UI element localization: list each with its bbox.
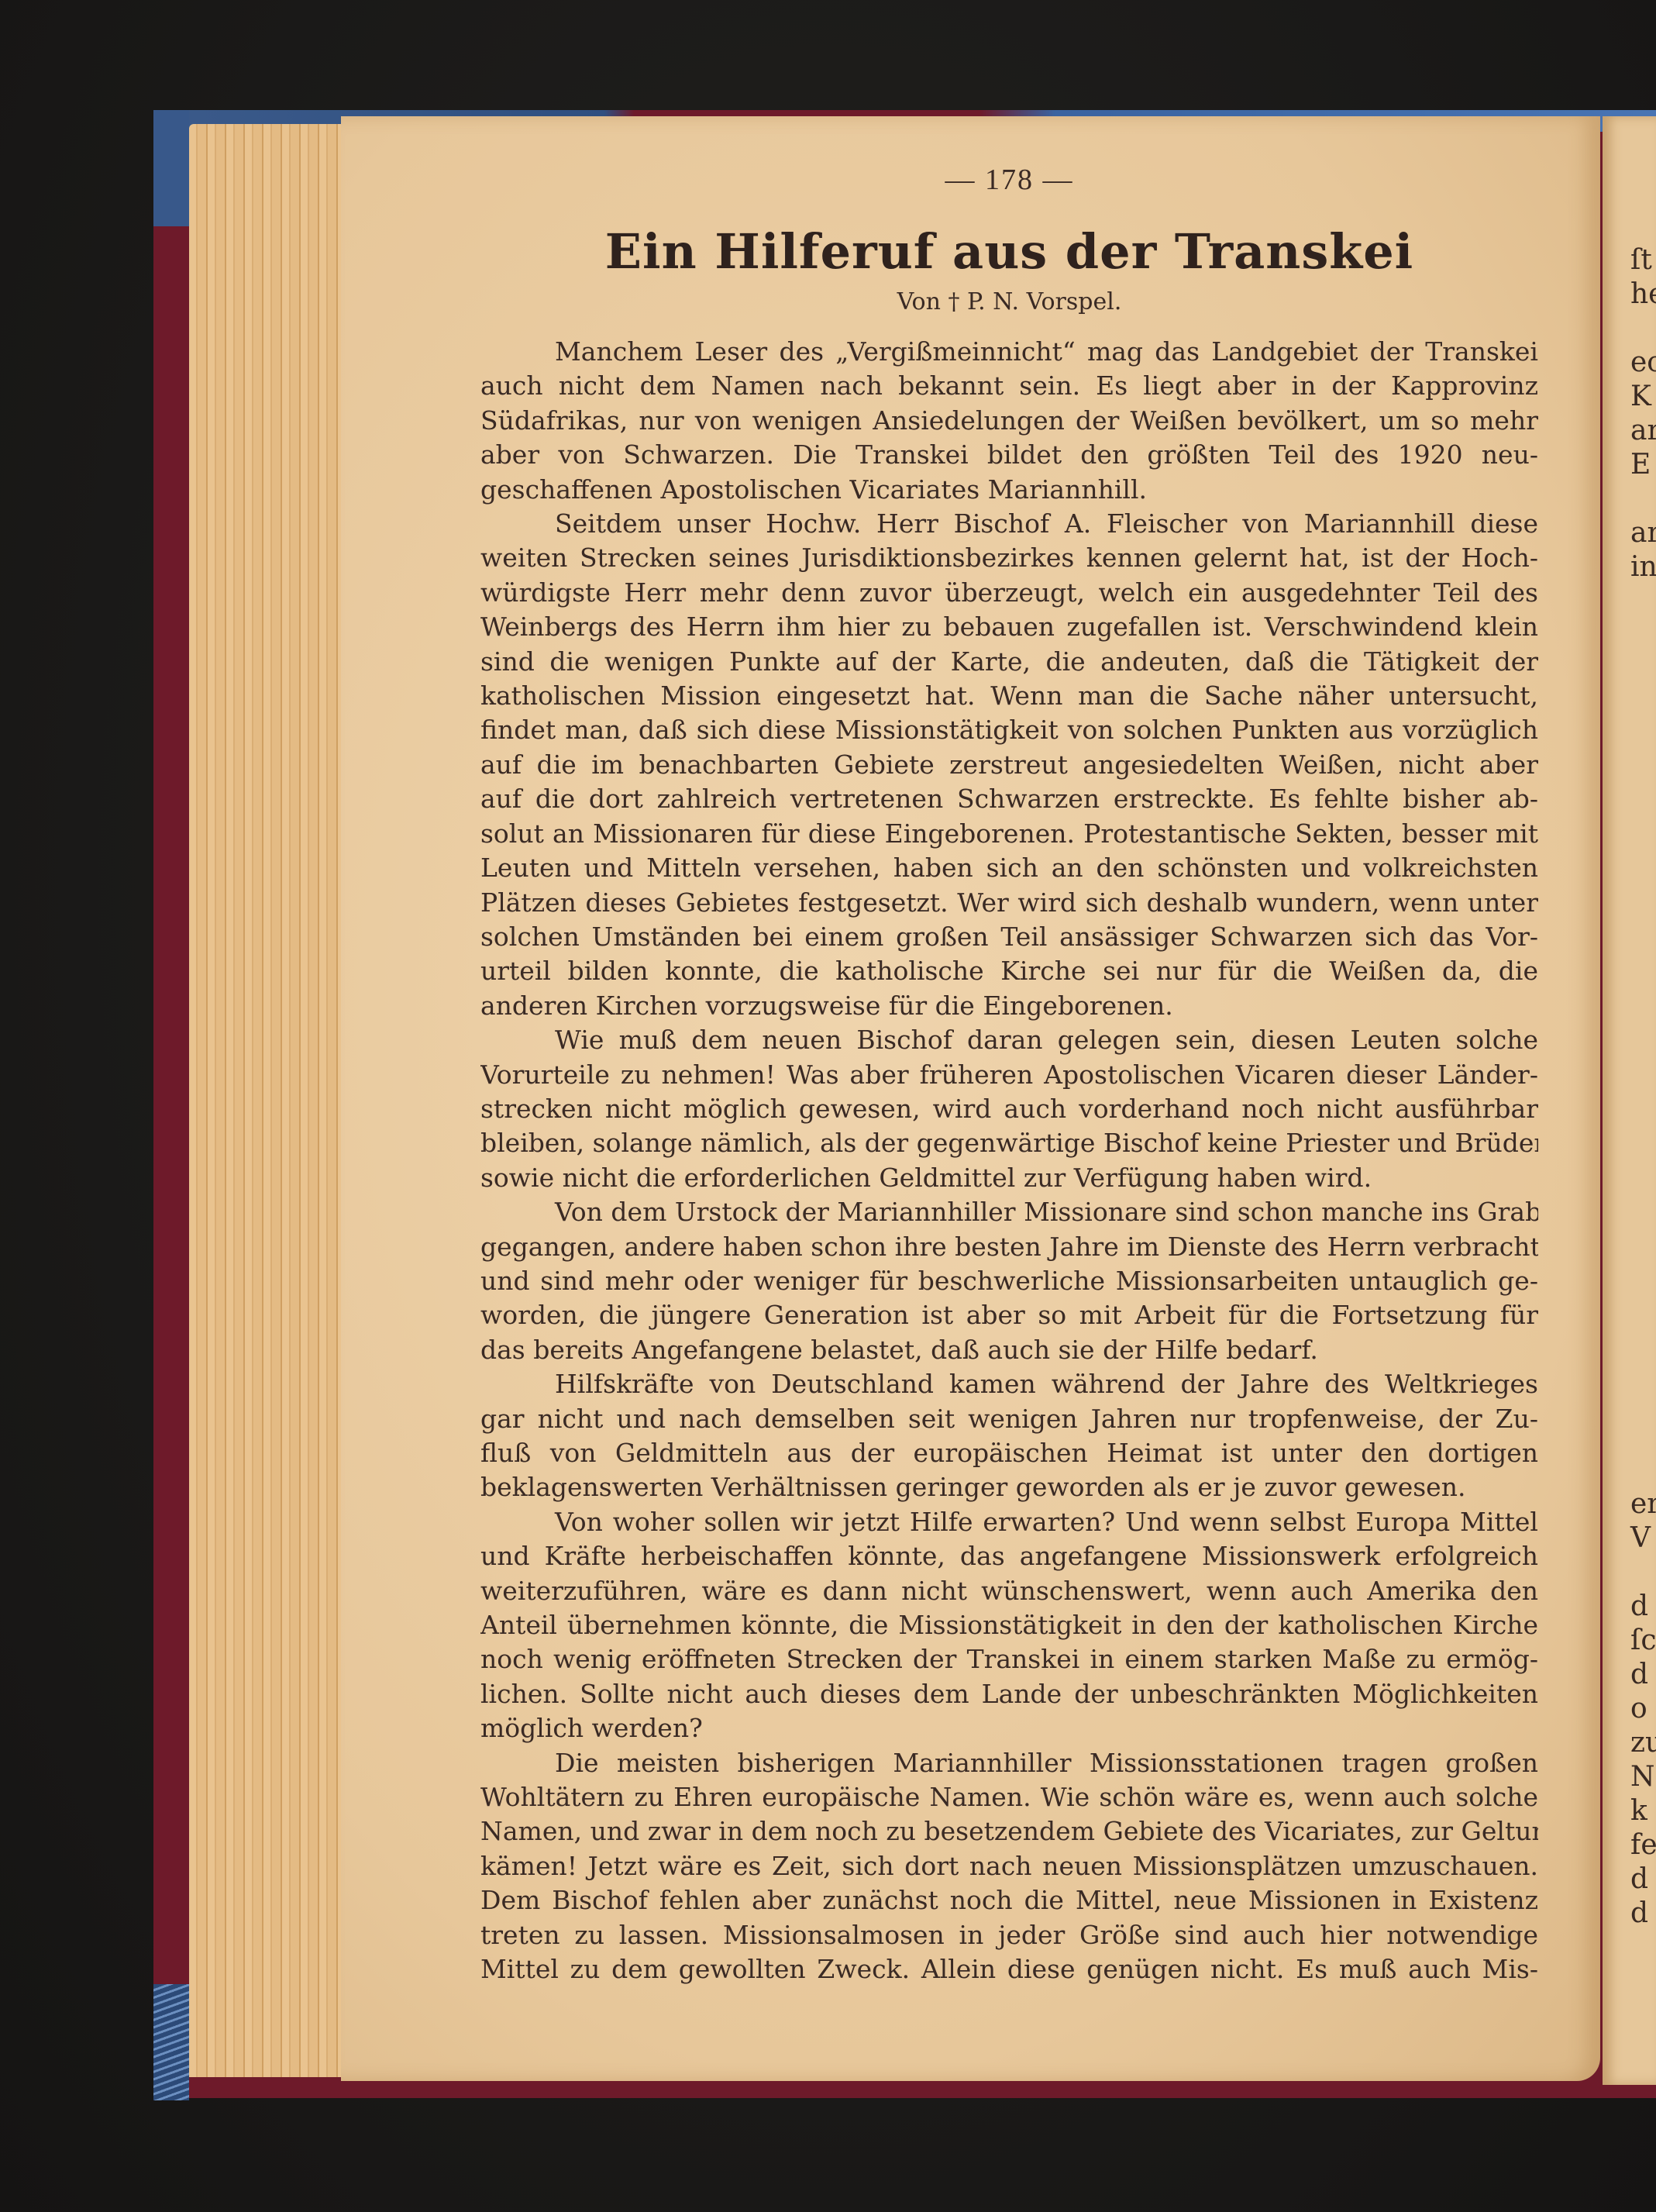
text-line: urteil bilden konnte, die katholische Ki… [480, 954, 1538, 988]
text-line: möglich werden? [480, 1711, 1538, 1745]
next-page-text-fragment: o [1630, 1693, 1647, 1724]
next-page-text-fragment: N [1630, 1761, 1655, 1793]
book-cover-corner-bottom [153, 1984, 189, 2100]
next-page-text-fragment: ſc [1630, 1625, 1656, 1656]
text-line: auch nicht dem Namen nach bekannt sein. … [480, 369, 1538, 403]
text-line: Von woher sollen wir jetzt Hilfe erwarte… [480, 1505, 1538, 1539]
text-line: Die meisten bisherigen Mariannhiller Mis… [480, 1746, 1538, 1780]
article-body: Manchem Leser des „Vergißmeinnicht“ mag … [480, 335, 1538, 1987]
next-page-text-fragment: ec [1630, 346, 1656, 378]
text-line: sowie nicht die erforderlichen Geldmitte… [480, 1161, 1538, 1195]
next-page-text-fragment: er [1630, 1488, 1656, 1520]
text-line: gar nicht und nach demselben seit wenige… [480, 1402, 1538, 1436]
next-page-text-fragment: zu [1630, 1727, 1656, 1759]
next-page-text-fragment: ar [1630, 517, 1656, 549]
text-line: geschaffenen Apostolischen Vicariates Ma… [480, 473, 1538, 507]
text-line: treten zu lassen. Missionsalmosen in jed… [480, 1918, 1538, 1952]
text-line: katholischen Mission eingesetzt hat. Wen… [480, 679, 1538, 713]
next-page-text-fragment: ar [1630, 415, 1656, 446]
text-line: solchen Umständen bei einem großen Teil … [480, 920, 1538, 954]
text-line: gegangen, andere haben schon ihre besten… [480, 1230, 1538, 1264]
text-line: Seitdem unser Hochw. Herr Bischof A. Fle… [480, 507, 1538, 541]
paragraph: Wie muß dem neuen Bischof daran gelegen … [480, 1023, 1538, 1195]
paragraph: Hilfskräfte von Deutschland kamen währen… [480, 1367, 1538, 1505]
paragraph: Manchem Leser des „Vergißmeinnicht“ mag … [480, 335, 1538, 507]
text-line: und sind mehr oder weniger für beschwerl… [480, 1264, 1538, 1298]
text-line: Dem Bischof fehlen aber zunächst noch di… [480, 1883, 1538, 1917]
text-line: Leuten und Mitteln versehen, haben sich … [480, 851, 1538, 885]
paragraph: Die meisten bisherigen Mariannhiller Mis… [480, 1746, 1538, 1987]
text-line: Wohltätern zu Ehren europäische Namen. W… [480, 1780, 1538, 1814]
text-line: worden, die jüngere Generation ist aber … [480, 1298, 1538, 1332]
next-page-text-fragment: k [1630, 1795, 1647, 1827]
page-fore-edge-stack [189, 124, 344, 2077]
next-page-sliver: ſtheecKarEarinerVdſcdozuNkfedd [1603, 116, 1656, 2085]
book-cover-corner-top [153, 110, 189, 226]
text-line: anderen Kirchen vorzugsweise für die Ein… [480, 989, 1538, 1023]
text-line: weiterzuführen, wäre es dann nicht wünsc… [480, 1574, 1538, 1608]
text-line: das bereits Angefangene belastet, daß au… [480, 1333, 1538, 1367]
next-page-text-fragment: E [1630, 449, 1651, 481]
paragraph: Seitdem unser Hochw. Herr Bischof A. Fle… [480, 507, 1538, 1023]
next-page-text-fragment: d [1630, 1590, 1648, 1622]
text-line: sind die wenigen Punkte auf der Karte, d… [480, 645, 1538, 679]
next-page-text-fragment: d [1630, 1897, 1648, 1929]
text-line: Hilfskräfte von Deutschland kamen währen… [480, 1367, 1538, 1401]
text-line: beklagenswerten Verhältnissen geringer g… [480, 1470, 1538, 1504]
next-page-text-fragment: fe [1630, 1829, 1656, 1861]
text-line: Vorurteile zu nehmen! Was aber früheren … [480, 1058, 1538, 1092]
text-line: Wie muß dem neuen Bischof daran gelegen … [480, 1023, 1538, 1057]
text-line: weiten Strecken seines Jurisdiktionsbezi… [480, 541, 1538, 575]
text-line: kämen! Jetzt wäre es Zeit, sich dort nac… [480, 1849, 1538, 1883]
text-line: fluß von Geldmitteln aus der europäische… [480, 1436, 1538, 1470]
next-page-text-fragment: in [1630, 551, 1656, 583]
next-page-text-fragment: he [1630, 278, 1656, 310]
text-line: Südafrikas, nur von wenigen Ansiedelunge… [480, 404, 1538, 438]
text-line: auf die im benachbarten Gebiete zerstreu… [480, 748, 1538, 782]
article-byline: Von † P. N. Vorspel. [480, 288, 1538, 315]
text-line: Plätzen dieses Gebietes festgesetzt. Wer… [480, 886, 1538, 920]
next-page-text-fragment: d [1630, 1659, 1648, 1690]
text-line: und Kräfte herbeischaffen könnte, das an… [480, 1539, 1538, 1573]
article-title: Ein Hilferuf aus der Transkei [480, 223, 1538, 280]
next-page-text-fragment: V [1630, 1522, 1651, 1554]
text-line: Manchem Leser des „Vergißmeinnicht“ mag … [480, 335, 1538, 369]
text-line: noch wenig eröffneten Strecken der Trans… [480, 1642, 1538, 1676]
page-number: — 178 — [480, 163, 1538, 197]
text-line: Mittel zu dem gewollten Zweck. Allein di… [480, 1952, 1538, 1986]
next-page-text-fragment: K [1630, 381, 1651, 412]
text-line: Anteil übernehmen könnte, die Missionstä… [480, 1608, 1538, 1642]
text-line: auf die dort zahlreich vertretenen Schwa… [480, 782, 1538, 816]
paragraph: Von woher sollen wir jetzt Hilfe erwarte… [480, 1505, 1538, 1746]
text-line: strecken nicht möglich gewesen, wird auc… [480, 1092, 1538, 1126]
next-page-text-fragment: d [1630, 1863, 1648, 1895]
text-line: aber von Schwarzen. Die Transkei bildet … [480, 438, 1538, 472]
text-line: findet man, daß sich diese Missionstätig… [480, 713, 1538, 747]
text-line: Von dem Urstock der Mariannhiller Missio… [480, 1195, 1538, 1229]
text-line: Namen, und zwar in dem noch zu besetzend… [480, 1814, 1538, 1849]
text-line: Weinbergs des Herrn ihm hier zu bebauen … [480, 610, 1538, 644]
next-page-text-fragment: ſt [1630, 244, 1652, 276]
text-line: würdigste Herr mehr denn zuvor überzeugt… [480, 576, 1538, 610]
paragraph: Von dem Urstock der Mariannhiller Missio… [480, 1195, 1538, 1367]
text-line: lichen. Sollte nicht auch dieses dem Lan… [480, 1677, 1538, 1711]
text-line: solut an Missionaren für diese Eingebore… [480, 817, 1538, 851]
text-line: bleiben, solange nämlich, als der gegenw… [480, 1126, 1538, 1160]
